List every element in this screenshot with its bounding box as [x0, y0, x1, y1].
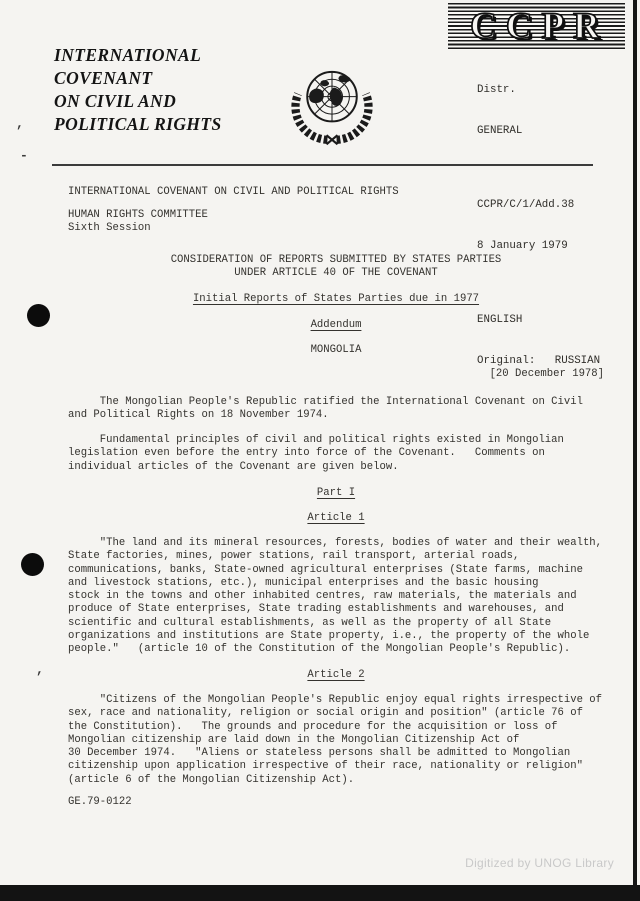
- country-heading: MONGOLIA: [68, 344, 604, 357]
- scan-right-edge: [633, 0, 637, 901]
- part1-heading: Part I: [68, 487, 604, 500]
- article1-paragraph: "The land and its mineral resources, for…: [68, 537, 604, 657]
- ccpr-logo-box: CCPR: [448, 3, 625, 50]
- distr-label: Distr.: [477, 84, 600, 98]
- principles-paragraph: Fundamental principles of civil and poli…: [68, 434, 604, 474]
- covenant-masthead: INTERNATIONAL COVENANT ON CIVIL AND POLI…: [54, 44, 222, 136]
- received-date: [20 December 1978]: [68, 368, 604, 381]
- header-divider: [52, 164, 593, 166]
- hole-punch-top: [27, 304, 50, 327]
- scan-artifact-mark: ,: [36, 662, 44, 677]
- report-heading: Initial Reports of States Parties due in…: [68, 293, 604, 306]
- addendum-heading: Addendum: [68, 319, 604, 332]
- covenant-title: INTERNATIONAL COVENANT ON CIVIL AND POLI…: [68, 186, 604, 199]
- ge-code: GE.79-0122: [68, 796, 604, 809]
- digitization-watermark: Digitized by UNOG Library: [465, 856, 614, 870]
- article2-heading: Article 2: [68, 669, 604, 682]
- document-date: 8 January 1979: [477, 240, 600, 254]
- article2-paragraph: "Citizens of the Mongolian People's Repu…: [68, 694, 604, 787]
- scanned-document-page: CCPR INTERNATIONAL COVENANT ON CIVIL AND…: [0, 0, 640, 901]
- scan-artifact-mark: ,: [16, 116, 24, 131]
- hole-punch-bottom: [21, 553, 44, 576]
- un-emblem-icon: [286, 60, 378, 148]
- scan-bottom-edge: [0, 885, 640, 901]
- article1-heading: Article 1: [68, 512, 604, 525]
- ratification-paragraph: The Mongolian People's Republic ratified…: [68, 396, 604, 423]
- committee-block: HUMAN RIGHTS COMMITTEE Sixth Session: [68, 209, 604, 236]
- ccpr-logo-text: CCPR: [464, 8, 609, 45]
- distr-type: GENERAL: [477, 125, 600, 139]
- consideration-heading: CONSIDERATION OF REPORTS SUBMITTED BY ST…: [68, 254, 604, 281]
- scan-artifact-mark: -: [20, 148, 28, 163]
